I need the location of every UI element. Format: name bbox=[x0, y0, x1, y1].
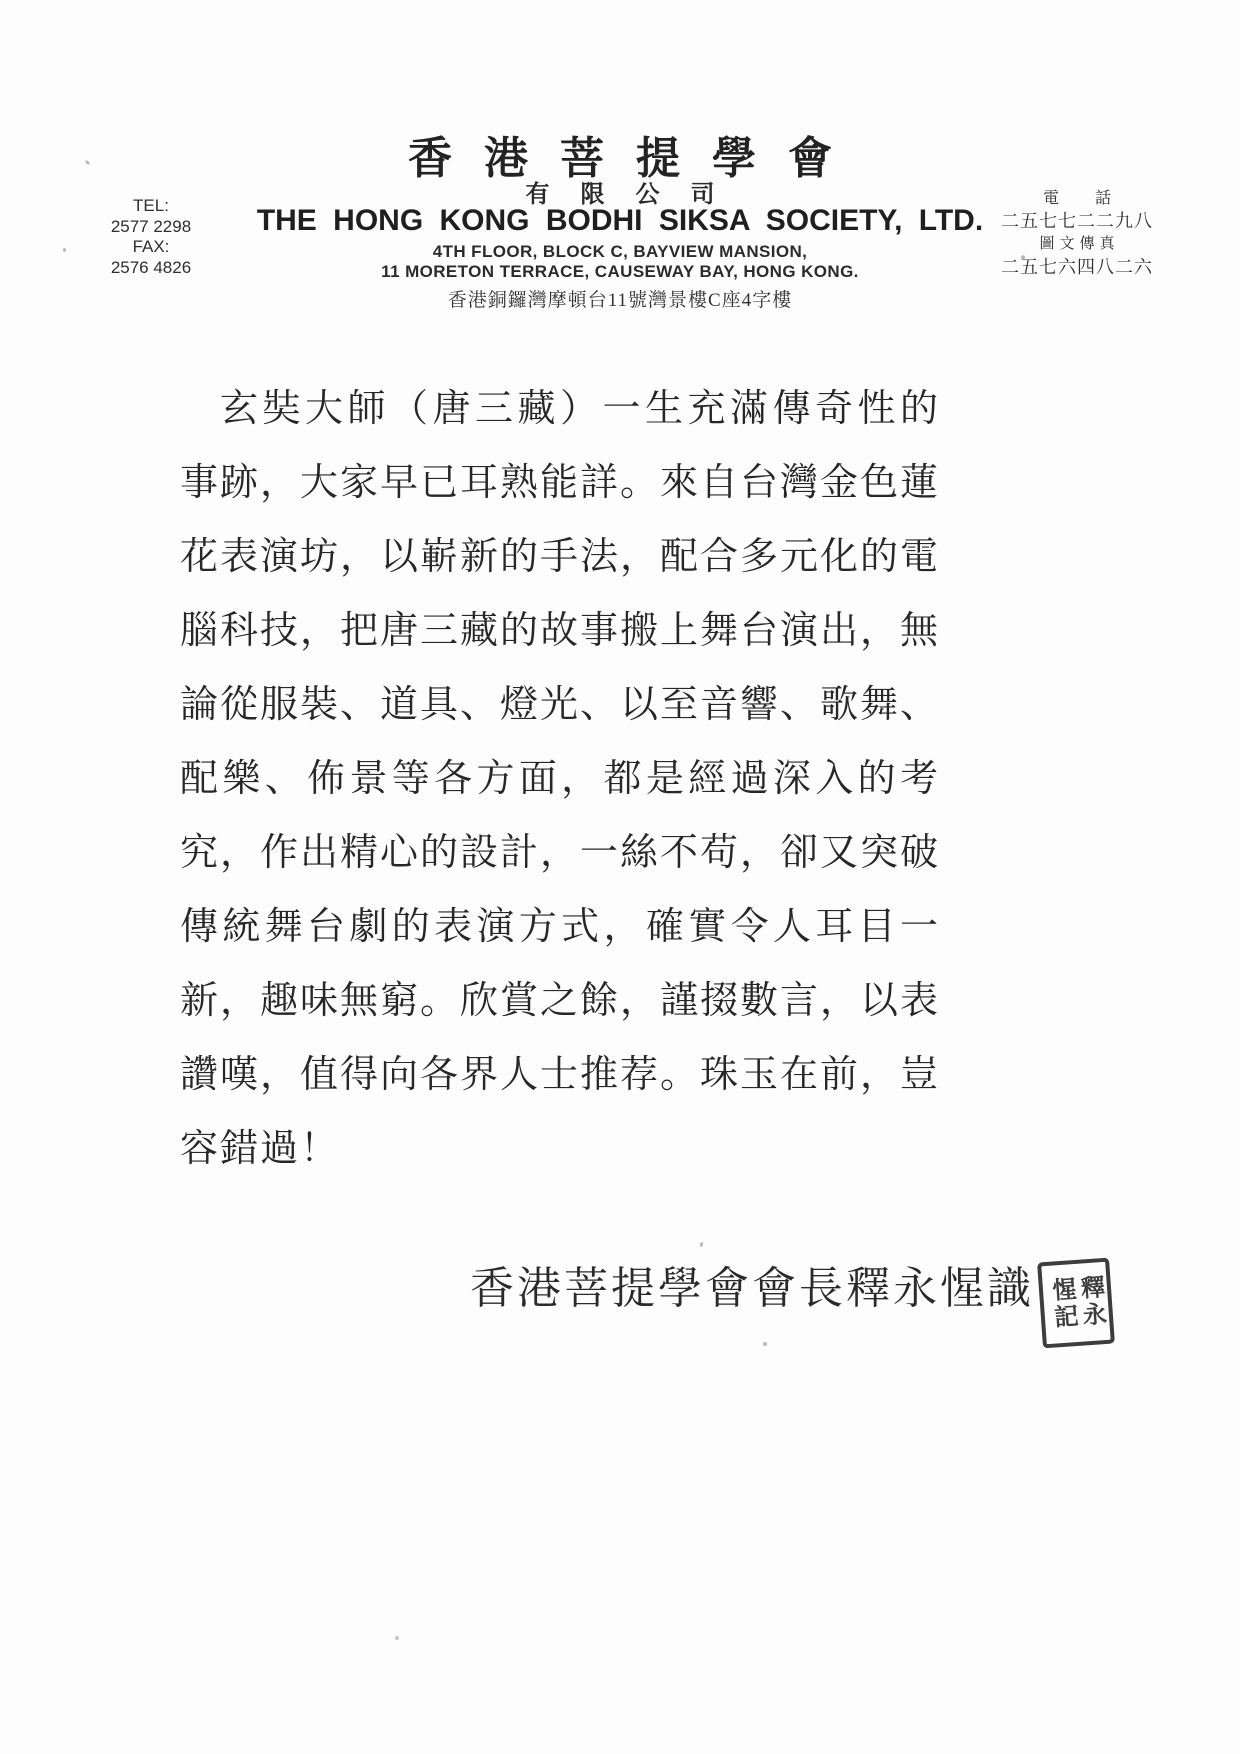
signature-seal-stamp: 釋永 惺記 bbox=[1037, 1258, 1115, 1349]
body-line: 讚嘆，值得向各界人士推荐。珠玉在前，豈 bbox=[180, 1038, 938, 1112]
signature-text: 香港菩提學會會長釋永惺識 bbox=[470, 1260, 1034, 1318]
letter-page: 香港菩提學會 有限公司 THE HONG KONG BODHI SIKSA SO… bbox=[0, 0, 1240, 1754]
body-line: 論從服裝、道具、燈光、以至音響、歌舞、 bbox=[180, 668, 938, 742]
body-line: 玄奘大師（唐三藏）一生充滿傳奇性的 bbox=[180, 372, 938, 446]
tel-number: 2577 2298 bbox=[92, 217, 210, 238]
body-line: 究，作出精心的設計，一絲不苟，卻又突破 bbox=[180, 816, 938, 890]
address-chinese: 香港銅鑼灣摩頓台11號灣景樓C座4字樓 bbox=[0, 285, 1240, 312]
body-line: 配樂、佈景等各方面，都是經過深入的考 bbox=[180, 742, 938, 816]
tel-label-chinese: 電話 bbox=[998, 187, 1156, 210]
letter-body: 玄奘大師（唐三藏）一生充滿傳奇性的 事跡，大家早已耳熟能詳。來自台灣金色蓮 花表… bbox=[180, 372, 938, 1186]
fax-number: 2576 4826 bbox=[92, 258, 210, 279]
signature-row: 香港菩提學會會長釋永惺識 釋永 惺記 bbox=[470, 1260, 1112, 1346]
scan-speck bbox=[699, 1242, 704, 1248]
tel-number-chinese: 二五七七二二九八 bbox=[998, 210, 1156, 233]
body-line: 花表演坊，以嶄新的手法，配合多元化的電 bbox=[180, 520, 938, 594]
body-line: 容錯過！ bbox=[180, 1112, 938, 1186]
fax-label-chinese: 圖文傳真 bbox=[998, 233, 1156, 256]
body-line: 事跡，大家早已耳熟能詳。來自台灣金色蓮 bbox=[180, 446, 938, 520]
body-line: 傳統舞台劇的表演方式，確實令人耳目一 bbox=[180, 890, 938, 964]
fax-label: FAX: bbox=[92, 237, 210, 258]
seal-characters: 釋永 惺記 bbox=[1047, 1274, 1105, 1332]
scan-speck bbox=[63, 248, 66, 252]
body-line: 新，趣味無窮。欣賞之餘，謹掇數言，以表 bbox=[180, 964, 938, 1038]
contact-block-chinese: 電話 二五七七二二九八 圖文傳真 二五七六四八二六 bbox=[998, 187, 1156, 279]
body-line: 腦科技，把唐三藏的故事搬上舞台演出，無 bbox=[180, 594, 938, 668]
contact-block-english: TEL: 2577 2298 FAX: 2576 4826 bbox=[92, 196, 210, 278]
seal-column-right: 釋永 bbox=[1075, 1274, 1105, 1330]
scan-speck bbox=[763, 1342, 767, 1346]
scan-speck bbox=[395, 1636, 399, 1640]
tel-label: TEL: bbox=[92, 196, 210, 217]
seal-column-left: 惺記 bbox=[1047, 1276, 1077, 1332]
